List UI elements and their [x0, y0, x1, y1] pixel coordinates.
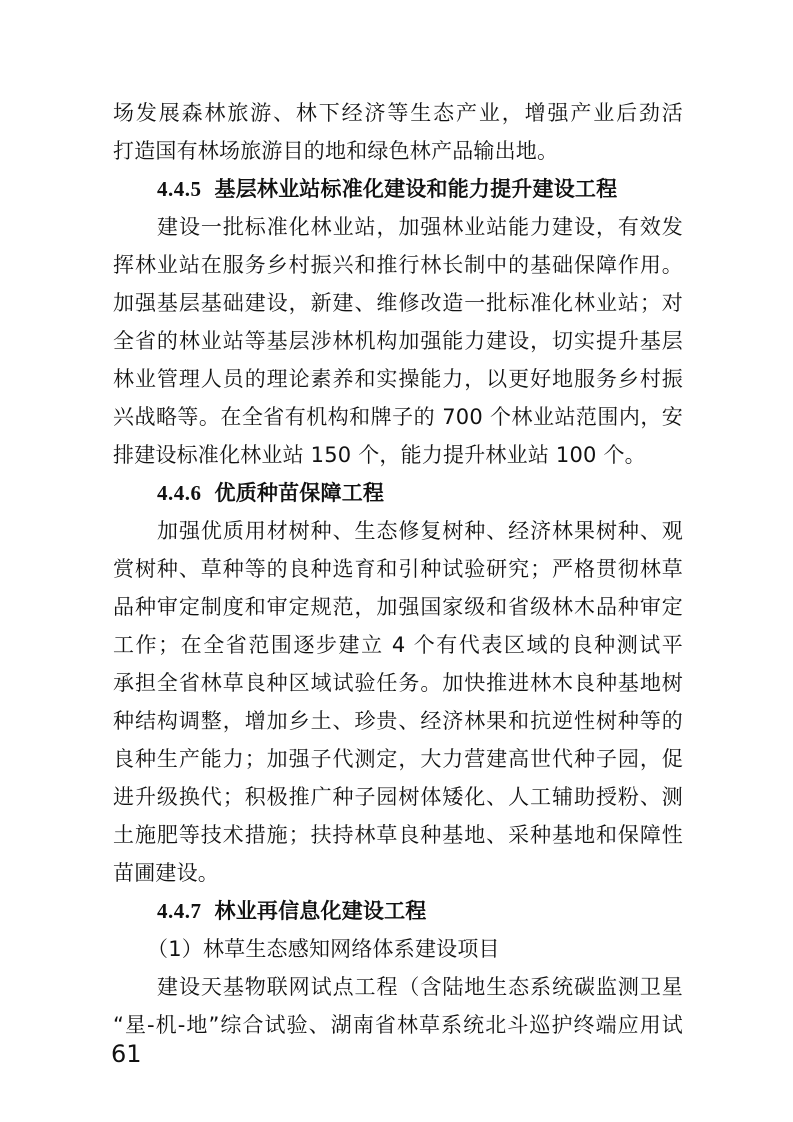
text-line: 建设一批标准化林业站，加强林业站能力建设，有效发 [113, 208, 683, 246]
text-line: 土施肥等技术措施；扶持林草良种基地、采种基地和保障性 [113, 816, 683, 854]
section-heading-4-4-7: 4.4.7林业再信息化建设工程 [113, 892, 683, 930]
text-line: 工作；在全省范围逐步建立 4 个有代表区域的良种测试平台， [113, 626, 683, 664]
text-line: 场发展森林旅游、林下经济等生态产业，增强产业后劲活力， [113, 94, 683, 132]
document-page: 场发展森林旅游、林下经济等生态产业，增强产业后劲活力， 打造国有林场旅游目的地和… [0, 0, 793, 1122]
heading-number: 4.4.6 [157, 481, 202, 505]
heading-title: 基层林业站标准化建设和能力提升建设工程 [215, 177, 618, 201]
text-line: 进升级换代；积极推广种子园树体矮化、人工辅助授粉、测 [113, 778, 683, 816]
text-line: 苗圃建设。 [113, 854, 683, 892]
text-line: “星-机-地”综合试验、湖南省林草系统北斗巡护终端应用试 [113, 1006, 683, 1044]
section-heading-4-4-6: 4.4.6优质种苗保障工程 [113, 474, 683, 512]
text-line: 加强基层基础建设，新建、维修改造一批标准化林业站；对 [113, 284, 683, 322]
text-line: 种结构调整，增加乡土、珍贵、经济林果和抗逆性树种等的 [113, 702, 683, 740]
section-heading-4-4-5: 4.4.5基层林业站标准化建设和能力提升建设工程 [113, 170, 683, 208]
text-line: 兴战略等。在全省有机构和牌子的 700 个林业站范围内，安 [113, 398, 683, 436]
heading-number: 4.4.5 [157, 177, 202, 201]
text-line: 建设天基物联网试点工程（含陆地生态系统碳监测卫星 [113, 968, 683, 1006]
heading-number: 4.4.7 [157, 899, 202, 923]
text-line: 全省的林业站等基层涉林机构加强能力建设，切实提升基层 [113, 322, 683, 360]
text-line: 良种生产能力；加强子代测定，大力营建高世代种子园，促 [113, 740, 683, 778]
text-line: 赏树种、草种等的良种选育和引种试验研究；严格贯彻林草 [113, 550, 683, 588]
heading-title: 林业再信息化建设工程 [215, 899, 427, 923]
text-line: 承担全省林草良种区域试验任务。加快推进林木良种基地树 [113, 664, 683, 702]
heading-title: 优质种苗保障工程 [215, 481, 385, 505]
text-line: （1）林草生态感知网络体系建设项目 [113, 930, 683, 968]
text-line: 品种审定制度和审定规范，加强国家级和省级林木品种审定 [113, 588, 683, 626]
text-block: 场发展森林旅游、林下经济等生态产业，增强产业后劲活力， 打造国有林场旅游目的地和… [113, 94, 683, 1044]
page-number: 61 [111, 1041, 142, 1067]
text-line: 排建设标准化林业站 150 个，能力提升林业站 100 个。 [113, 436, 683, 474]
text-line: 打造国有林场旅游目的地和绿色林产品输出地。 [113, 132, 683, 170]
text-line: 加强优质用材树种、生态修复树种、经济林果树种、观 [113, 512, 683, 550]
text-line: 林业管理人员的理论素养和实操能力，以更好地服务乡村振 [113, 360, 683, 398]
text-line: 挥林业站在服务乡村振兴和推行林长制中的基础保障作用。 [113, 246, 683, 284]
